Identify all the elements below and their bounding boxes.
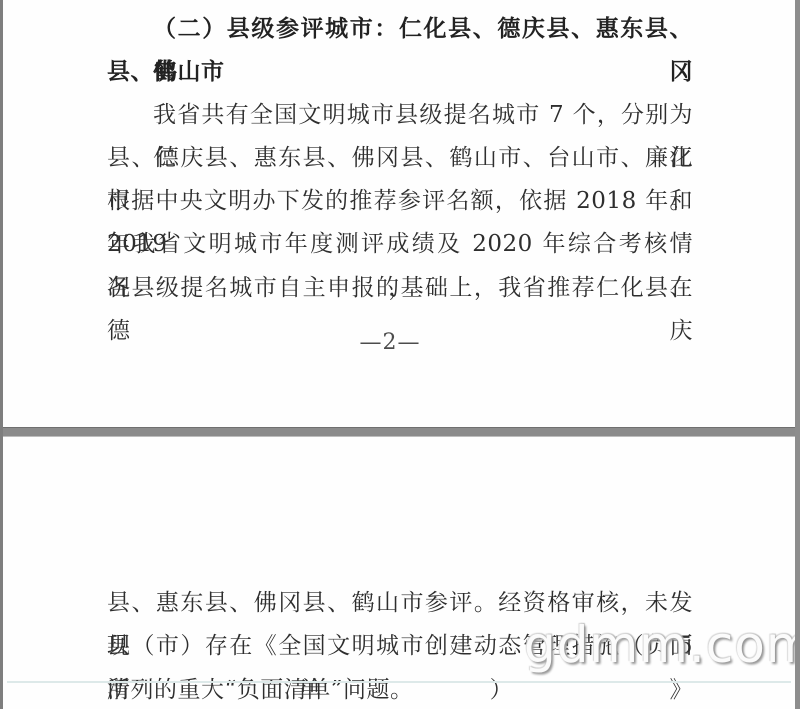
body-line-2: 县、德庆县、惠东县、佛冈县、鹤山市、台山市、廉江市。 [107, 137, 693, 180]
body-line-5: 各县级提名城市自主申报的基础上，我省推荐仁化县、德庆 [107, 267, 693, 310]
document-page-2: 县、惠东县、佛冈县、鹤山市参评。经资格审核，未发现 5 县（市）存在《全国文明城… [3, 437, 795, 709]
scan-artifact-line [7, 681, 791, 683]
page-number: —2— [107, 330, 673, 355]
body-line-4: 年我省文明城市年度测评成绩及 2020 年综合考核情况，在 [107, 223, 693, 266]
viewer-right-edge [795, 0, 800, 709]
document-page-1: （二）县级参评城市：仁化县、德庆县、惠东县、佛冈 县、鹤山市 我省共有全国文明城… [3, 0, 795, 427]
heading-line-1: （二）县级参评城市：仁化县、德庆县、惠东县、佛冈 [107, 7, 693, 50]
page1-text-block: （二）县级参评城市：仁化县、德庆县、惠东县、佛冈 县、鹤山市 我省共有全国文明城… [107, 7, 693, 310]
viewer-left-edge [0, 0, 3, 709]
watermark-text: gdmm.com [524, 616, 800, 674]
page-divider [0, 427, 800, 437]
body-line-1: 我省共有全国文明城市县级提名城市 7 个，分别为仁化 [107, 94, 693, 137]
document-viewer: （二）县级参评城市：仁化县、德庆县、惠东县、佛冈 县、鹤山市 我省共有全国文明城… [0, 0, 800, 709]
body-line-3: 根据中央文明办下发的推荐参评名额，依据 2018 年和 2019 [107, 180, 693, 223]
